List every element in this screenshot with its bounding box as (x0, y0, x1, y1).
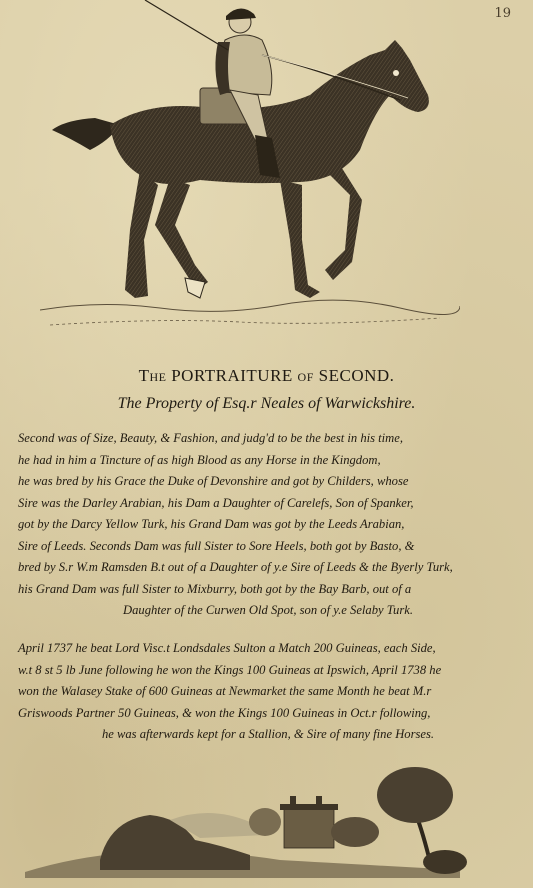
text-line: won the Walasey Stake of 600 Guineas at … (18, 681, 518, 703)
horse-portrait-engraving (40, 0, 460, 360)
text-line: Daughter of the Curwen Old Spot, son of … (18, 600, 518, 622)
text-line: his Grand Dam was full Sister to Mixburr… (18, 579, 518, 601)
text-line: April 1737 he beat Lord Visc.t Londsdale… (18, 638, 518, 660)
text-line: w.t 8 st 5 lb June following he won the … (18, 660, 518, 682)
engraved-page: 19 (0, 0, 533, 888)
plate-title: The PORTRAITURE of SECOND. (0, 366, 533, 386)
text-line: he had in him a Tincture of as high Bloo… (18, 450, 518, 472)
text-line: Second was of Size, Beauty, & Fashion, a… (18, 428, 518, 450)
plate-subtitle: The Property of Esq.r Neales of Warwicks… (0, 395, 533, 413)
racing-record-paragraph: April 1737 he beat Lord Visc.t Londsdale… (18, 638, 518, 746)
text-line: got by the Darcy Yellow Turk, his Grand … (18, 514, 518, 536)
text-line: bred by S.r W.m Ramsden B.t out of a Dau… (18, 557, 518, 579)
pedigree-paragraph: Second was of Size, Beauty, & Fashion, a… (18, 428, 518, 622)
text-line: Griswoods Partner 50 Guineas, & won the … (18, 703, 518, 725)
text-line: Sire was the Darley Arabian, his Dam a D… (18, 493, 518, 515)
text-line: Sire of Leeds. Seconds Dam was full Sist… (18, 536, 518, 558)
landscape-vignette (20, 760, 480, 880)
text-line: he was bred by his Grace the Duke of Dev… (18, 471, 518, 493)
page-number: 19 (494, 6, 511, 21)
text-line: he was afterwards kept for a Stallion, &… (18, 724, 518, 746)
